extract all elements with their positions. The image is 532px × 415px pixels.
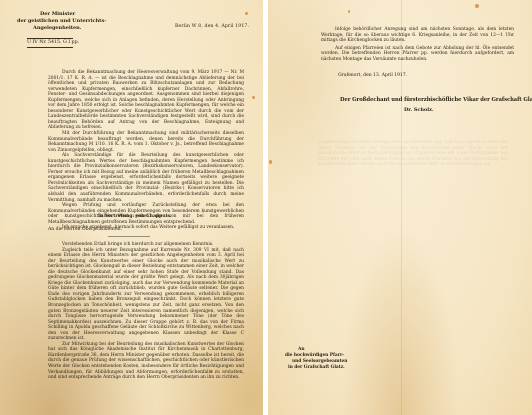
divider (27, 47, 73, 48)
signature-line: In Vertretung: von Chappuis. (98, 214, 171, 220)
stain (269, 160, 272, 164)
bleed-through-text: Zugleich teile ich unter Bezugnahme auf … (318, 140, 508, 290)
paragraph: Als Sachverständige für die Beurteilung … (48, 153, 244, 203)
paragraph: Durch die Bekanntmachung der Heeresverwa… (48, 70, 244, 131)
body-text: Infolge behördlicher Anregung sind am nä… (321, 27, 514, 62)
issuer-title: Der Großdechant und fürsterzbischöfliche… (340, 97, 532, 103)
sender-line-1: Der Minister (40, 11, 75, 17)
body-text: Durch die Bekanntmachung der Heeresverwa… (48, 70, 244, 231)
divider (27, 38, 73, 39)
paragraph: Auf einigen Pfarreien ist nach dem Gebot… (321, 46, 514, 63)
place-date: Berlin W 8, den 4. April 1917. (175, 24, 249, 30)
place-date: Grafenort, den 13. April 1917. (338, 73, 407, 79)
stain (245, 12, 248, 15)
reference-number: U IV Nr. 5415. G I pp. (27, 40, 79, 46)
paragraph: Mit der Durchführung der Bekanntmachung … (48, 131, 244, 153)
paragraph: Infolge behördlicher Anregung sind am nä… (321, 27, 514, 44)
paragraph: Zur Mitwirkung bei der Beurteilung des m… (48, 342, 244, 381)
second-section-text: Vorstehenden Erlaß bringe ich hierdurch … (48, 242, 244, 381)
signature: Dr. Scholz. (404, 107, 434, 113)
paragraph: Zugleich teile ich unter Bezugnahme auf … (48, 248, 244, 342)
divider (108, 236, 150, 237)
addressee: An die Herren Oberpräsidenten. (48, 227, 122, 233)
stain (475, 4, 479, 8)
left-page: Der Minister der geistlichen und Unterri… (0, 0, 263, 415)
addressee-line-4: in der Grafschaft Glatz. (288, 365, 345, 371)
stain (348, 10, 350, 13)
sender-line-3: Angelegenheiten. (33, 25, 81, 31)
right-page: Zugleich teile ich unter Bezugnahme auf … (268, 0, 532, 415)
stain (252, 96, 255, 99)
sender-line-2: der geistlichen und Unterrichts- (17, 18, 106, 24)
